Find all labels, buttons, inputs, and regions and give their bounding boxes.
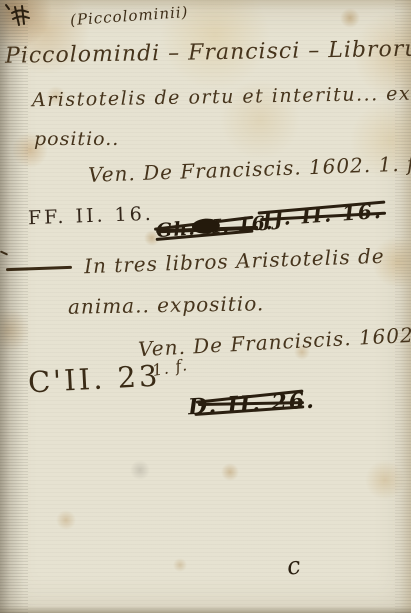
entry2-shelfmark-cancelled: D. II. 26. <box>187 388 316 421</box>
entry1-shelfmark-current: FF. II. 16. <box>28 203 154 229</box>
entry-repeat-dash <box>6 266 72 271</box>
bottom-ink-mark: c <box>285 551 303 581</box>
entry1-imprint: Ven. De Franciscis. 1602. 1. f. <box>88 151 411 187</box>
entry1-title-line1: Piccolomindi – Francisci – Librorum <box>5 36 411 69</box>
entry2-title-line1: In tres libros Aristotelis de <box>84 244 385 278</box>
entry1-shelfmark-cancelled-1: Gh. H. 16. <box>155 212 274 242</box>
entry2-shelfmark-current: C'II. 23 <box>27 359 161 400</box>
entry1-title-line2: Aristotelis de ortu et interitu... ex <box>32 83 411 112</box>
entry1-title-line3: positio.. <box>34 128 119 150</box>
margin-tick <box>0 250 8 255</box>
entry2-title-line2: anima.. expositio. <box>68 291 265 318</box>
paper-gutter-texture <box>0 0 28 613</box>
ink-scribble-icon <box>3 1 37 33</box>
entry1-shelfmark-cancelled-2: JJ. II. 16. <box>261 199 383 231</box>
manuscript-page: (Piccolominii) Piccolomindi – Francisci … <box>0 0 411 613</box>
header-annotation: (Piccolominii) <box>70 3 189 29</box>
